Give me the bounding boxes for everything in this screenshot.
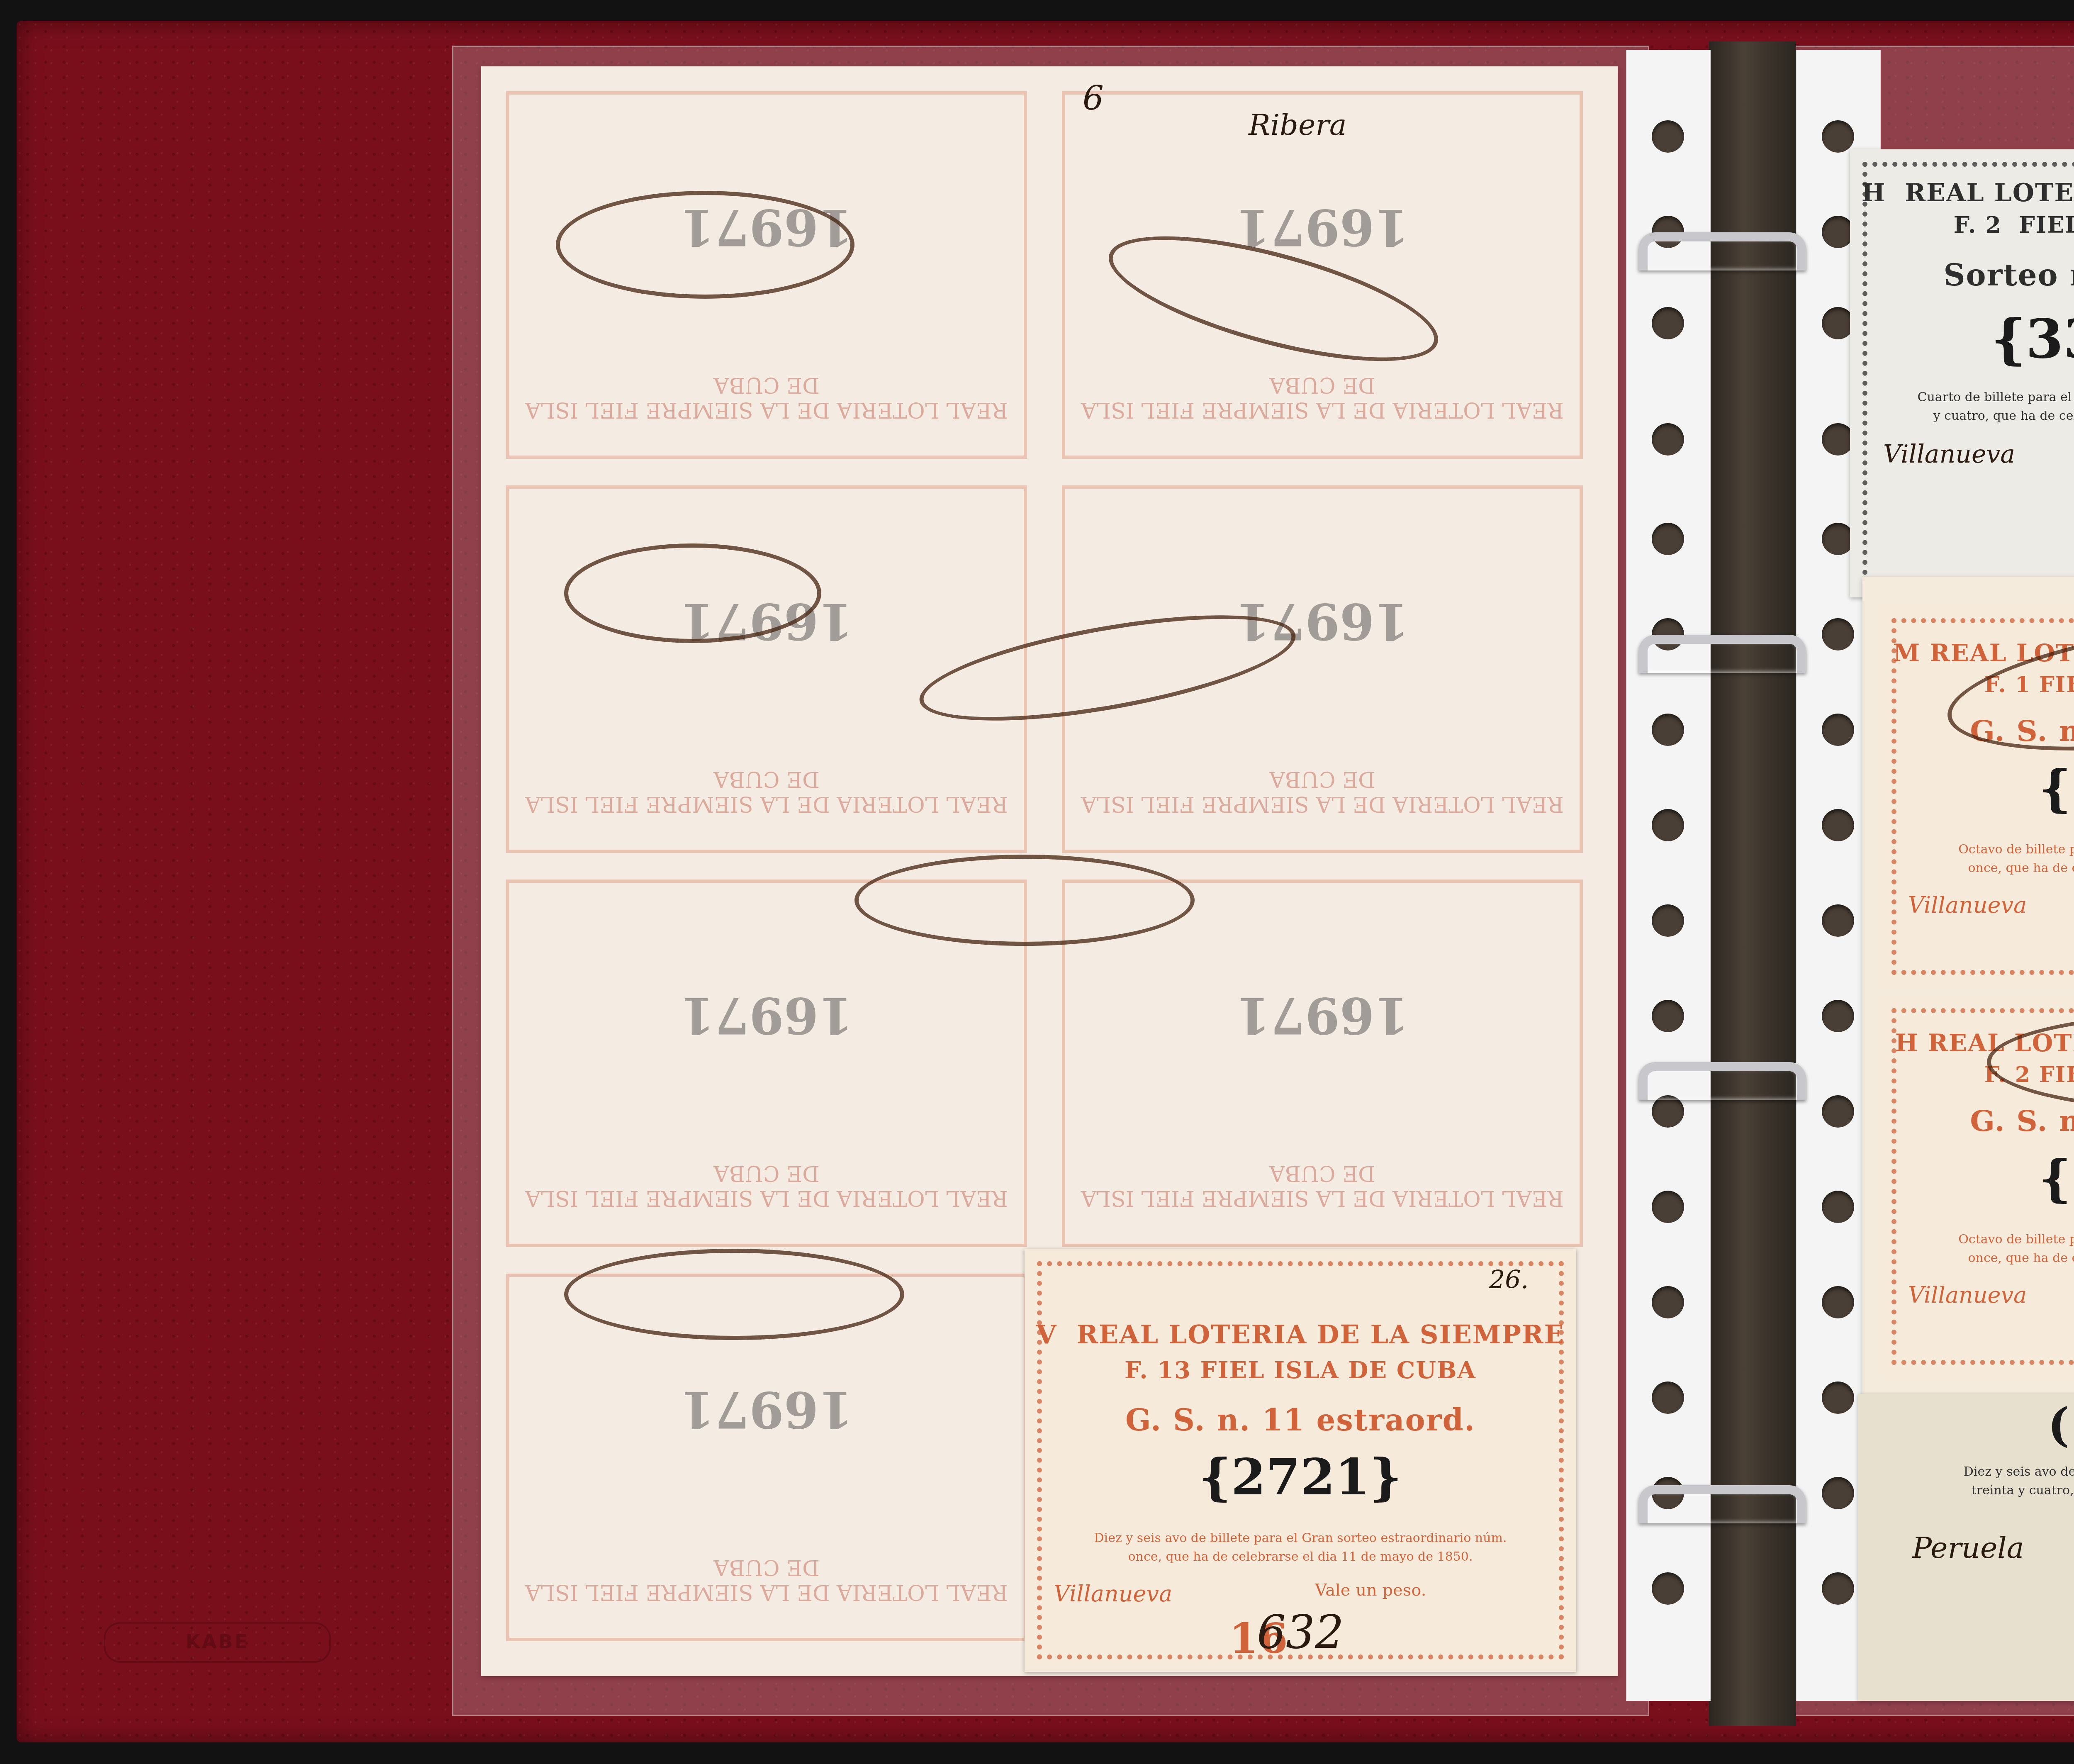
punch-hole bbox=[1652, 1191, 1684, 1223]
reverse-ticket: REAL LOTERIA DE LA SIEMPRE FIEL ISLA DE … bbox=[506, 485, 1027, 853]
binder-ring[interactable] bbox=[1638, 635, 1806, 673]
binder-ring[interactable] bbox=[1638, 1485, 1806, 1523]
punch-hole bbox=[1822, 809, 1854, 841]
left-hole-strip bbox=[1626, 50, 1711, 1701]
ink-flourish bbox=[564, 1249, 904, 1340]
punch-hole bbox=[1652, 120, 1684, 153]
ticket-number: {2721} bbox=[1025, 1448, 1576, 1506]
punch-hole bbox=[1652, 1381, 1684, 1414]
binder-spine-gutter bbox=[1709, 41, 1796, 1726]
uncut-sheet-1386[interactable]: 24. M REAL LOTERIA DE LA SIEMPRE F. 1 FI… bbox=[1862, 577, 2074, 1398]
draw-title: Sorteo n. 494 ordin. bbox=[1850, 257, 2074, 292]
punch-hole bbox=[1822, 1381, 1854, 1414]
ticket-number: (13201) bbox=[1858, 1398, 2074, 1452]
punch-hole bbox=[1652, 1000, 1684, 1032]
punch-hole bbox=[1652, 904, 1684, 937]
reverse-ticket: REAL LOTERIA DE LA SIEMPRE FIEL ISLA DE … bbox=[1062, 880, 1583, 1247]
punch-hole bbox=[1652, 423, 1684, 456]
punch-hole bbox=[1822, 714, 1854, 746]
punch-hole bbox=[1822, 1477, 1854, 1509]
ink-flourish bbox=[556, 191, 854, 299]
punch-hole bbox=[1822, 1191, 1854, 1223]
punch-hole bbox=[1822, 904, 1854, 937]
punch-hole bbox=[1822, 1286, 1854, 1318]
cover-emboss-logo: KABE bbox=[104, 1622, 331, 1663]
punch-hole bbox=[1822, 423, 1854, 456]
punch-hole bbox=[1652, 307, 1684, 339]
punch-hole bbox=[1822, 1000, 1854, 1032]
punch-hole bbox=[1822, 1095, 1854, 1128]
binder-ring[interactable] bbox=[1638, 232, 1806, 270]
ticket-number: {1386} bbox=[1879, 1149, 2074, 1208]
punch-hole bbox=[1822, 216, 1854, 248]
punch-hole bbox=[1652, 809, 1684, 841]
punch-hole bbox=[1652, 1286, 1684, 1318]
punch-hole bbox=[1652, 714, 1684, 746]
ticket-number: {1386} bbox=[1879, 759, 2074, 818]
punch-hole bbox=[1822, 307, 1854, 339]
lottery-ticket-13201[interactable]: (13201) N 15 Diez y seis avo de billete … bbox=[1858, 1394, 2074, 1701]
lottery-ticket-33425[interactable]: H REAL LOTERIA DE LA SIEMPRE F. 2 FIEL I… bbox=[1850, 149, 2074, 597]
punch-hole bbox=[1652, 1572, 1684, 1605]
punch-hole bbox=[1822, 1572, 1854, 1605]
punch-hole bbox=[1822, 120, 1854, 153]
ink-flourish bbox=[564, 543, 821, 643]
draw-title: G. S. n. 11 estraord. bbox=[1025, 1402, 1576, 1438]
ticket-number: {33425} bbox=[1850, 307, 2074, 370]
binder-ring[interactable] bbox=[1638, 1062, 1806, 1100]
ink-flourish bbox=[854, 855, 1195, 946]
lottery-ticket-2721[interactable]: V REAL LOTERIA DE LA SIEMPRE F. 13 FIEL … bbox=[1025, 1249, 1576, 1672]
punch-hole bbox=[1822, 523, 1854, 555]
punch-hole bbox=[1652, 523, 1684, 555]
punch-hole bbox=[1822, 618, 1854, 651]
